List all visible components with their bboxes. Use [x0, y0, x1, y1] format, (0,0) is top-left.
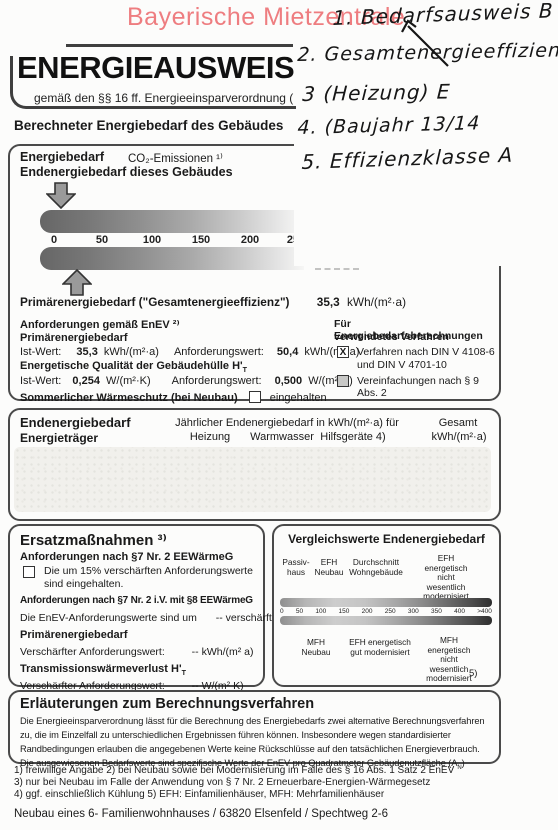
- column-gesamt: Gesamt: [439, 417, 478, 429]
- final-energy-demand-box: Endenergiebedarf Energieträger Jährliche…: [8, 408, 501, 521]
- co2-emissions-label: CO₂-Emissionen ¹⁾: [128, 151, 223, 165]
- primary-energy-line: Primärenergiebedarf ("Gesamtenergieeffiz…: [20, 295, 406, 309]
- energy-scale-bar-top: [40, 210, 300, 233]
- tick-label: 50: [96, 234, 108, 246]
- energietraeger-label: Energieträger: [20, 431, 98, 445]
- label-efh-gut-modernisiert: EFH energetisch gut modernisiert: [349, 638, 411, 657]
- primary-energy-values-row: Ist-Wert: 35,3 kWh/(m²·a) Anforderungswe…: [20, 346, 359, 358]
- din-method-line-2: und DIN V 4701-10: [357, 359, 447, 371]
- calculation-method-heading-2: verwendetes Verfahren: [334, 331, 449, 343]
- erlaeuterungen-close-paren: ): [462, 758, 465, 768]
- document-title: ENERGIEAUSWEIS: [17, 50, 294, 86]
- erlaeuterungen-title: Erläuterungen zum Berechnungsverfahren: [20, 696, 314, 712]
- substitute-measures-box: Ersatzmaßnahmen ³⁾ Anforderungen nach §7…: [8, 524, 265, 687]
- column-heizung: Heizung: [190, 431, 230, 443]
- annual-demand-header: Jährlicher Endenergiebedarf in kWh/(m²·a…: [142, 417, 432, 429]
- eewaermeg-heading-2: Anforderungen nach §7 Nr. 2 i.V. mit §8 …: [20, 595, 253, 606]
- anforderungswert-value: 50,4: [277, 346, 298, 358]
- eewaermeg-heading-1: Anforderungen nach §7 Nr. 2 EEWärmeG: [20, 551, 233, 563]
- tick-label: 250: [385, 608, 396, 615]
- anforderungswert-label: Anforderungswert:: [172, 375, 262, 387]
- checkbox-din-method-checked: X: [337, 346, 349, 358]
- energiebedarf-label: Energiebedarf: [20, 150, 104, 164]
- tick-label: 100: [315, 608, 326, 615]
- energy-scale-bar-bottom: [40, 247, 304, 270]
- vergleichswerte-title: Vergleichswerte Endenergiebedarf: [274, 532, 499, 546]
- explanations-box: Erläuterungen zum Berechnungsverfahren D…: [8, 690, 501, 764]
- tick-label: 50: [296, 608, 303, 615]
- endenergiebedarf-title: Endenergiebedarf: [20, 415, 131, 430]
- label-mfh-neubau: MFH Neubau: [301, 638, 330, 657]
- label-durchschnitt: Durchschnitt Wohngebäude: [349, 558, 403, 577]
- sharpened-requirement-value: -- kWh/(m² a): [192, 646, 254, 658]
- tick-label: 150: [339, 608, 350, 615]
- tick-label: 200: [241, 234, 259, 246]
- primary-energy-value: 35,3: [317, 295, 340, 309]
- tick-label: 200: [362, 608, 373, 615]
- sharpened-requirement-label: Verschärfter Anforderungswert:: [20, 646, 165, 658]
- enev-requirements-heading: Anforderungen gemäß EnEV ²⁾: [20, 318, 180, 331]
- ist-wert-value: 35,3: [76, 346, 97, 358]
- footnote-line-2: 3) nur bei Neubau im Falle der Anwendung…: [14, 777, 430, 788]
- erlaeuterungen-body: Die Energieeinsparverordnung lässt für d…: [20, 716, 484, 768]
- envelope-values-row: Ist-Wert: 0,254 W/(m²·K) Anforderungswer…: [20, 375, 353, 387]
- handwritten-note-4: 4. (Baujahr 13/14: [297, 112, 481, 139]
- footnote-ref-5: 5): [469, 668, 477, 679]
- comparison-scale-ticks: 0 50 100 150 200 250 300 350 400 >400: [280, 607, 492, 616]
- comparison-scale-bar-top: [280, 598, 492, 607]
- ist-wert-unit: W/(m²·K): [106, 375, 151, 387]
- primaerenergiebedarf-subheading: Primärenergiebedarf: [20, 332, 128, 344]
- primaerenergie-pointer-up-arrow: [62, 269, 92, 296]
- footnote-line-1: 1) freiwillige Angabe 2) bei Neubau sowi…: [14, 765, 454, 776]
- tick-label: >400: [477, 608, 492, 615]
- ist-wert-value: 0,254: [72, 375, 100, 387]
- energy-scale-ticks: 0 50 100 150 200 250: [40, 234, 298, 246]
- ersatzmassnahmen-title: Ersatzmaßnahmen ³⁾: [20, 531, 167, 549]
- 15-percent-requirement-text: Die um 15% verschärften Anforderungswert…: [44, 565, 256, 591]
- comparison-values-box: Vergleichswerte Endenergiebedarf Passiv-…: [272, 524, 501, 687]
- comparison-scale-bar-bottom: [280, 616, 492, 625]
- sharpened-requirement-row-1: Verschärfter Anforderungswert: -- kWh/(m…: [20, 646, 254, 658]
- enev-requirements-sharpened-row: Die EnEV-Anforderungswerte sind um -- ve…: [20, 612, 275, 624]
- section-heading: Berechneter Energiebedarf des Gebäudes: [14, 118, 283, 133]
- summer-heat-protection-label: Sommerlicher Wärmeschutz (bei Neubau): [20, 392, 238, 404]
- label-efh-nicht-modernisiert: EFH energetisch nicht wesentlich moderni…: [420, 554, 473, 602]
- column-hilfsgeraete: Hilfsgeräte 4): [320, 431, 385, 443]
- transmission-subscript: T: [182, 669, 186, 677]
- tick-label: 300: [408, 608, 419, 615]
- handwritten-note-3: 3 (Heizung) E: [302, 79, 451, 106]
- summer-heat-protection-row: Sommerlicher Wärmeschutz (bei Neubau) ei…: [20, 391, 327, 404]
- sharpened-value: -- verschärft.: [216, 612, 275, 624]
- empty-table-area: [14, 447, 491, 512]
- tick-label: 350: [431, 608, 442, 615]
- transmission-heat-loss-heading: Transmissionswärmeverlust H'T: [20, 663, 186, 677]
- scan-artifact-dashes: [315, 268, 359, 270]
- transmission-label: Transmissionswärmeverlust H': [20, 663, 182, 675]
- handwritten-note-2: 2. Gesamtenergieeffizienz 35,3 kWh: [297, 37, 558, 66]
- label-mfh-nicht-modernisiert: MFH energetisch nicht wesentlich moderni…: [424, 636, 474, 684]
- column-gesamt-unit: kWh/(m²·a): [432, 431, 487, 443]
- document-subtitle: gemäß den §§ 16 ff. Energieeinsparverord…: [34, 91, 294, 105]
- tick-label: 0: [280, 608, 284, 615]
- sharpened-text: Die EnEV-Anforderungswerte sind um: [20, 612, 197, 624]
- footnote-line-3: 4) ggf. einschließlich Kühlung 5) EFH: E…: [14, 789, 384, 800]
- checkbox-15-percent-unchecked: [23, 566, 35, 578]
- primary-energy-label: Primärenergiebedarf ("Gesamtenergieeffiz…: [20, 295, 290, 309]
- tick-label: 0: [51, 234, 57, 246]
- label-passivhaus: Passiv- haus: [282, 558, 309, 577]
- primaerenergiebedarf-heading: Primärenergiebedarf: [20, 629, 128, 641]
- envelope-quality-heading: Energetische Qualität der Gebäudehülle H…: [20, 360, 247, 374]
- din-method-line-1: Verfahren nach DIN V 4108-6: [357, 346, 495, 358]
- label-efh-neubau: EFH Neubau: [314, 558, 343, 577]
- scanned-energy-certificate-page: Bayerische Mietzentrale 1. Bedarfsauswei…: [0, 0, 558, 830]
- title-top-rule: [66, 44, 293, 47]
- tick-label: 150: [192, 234, 210, 246]
- anforderungswert-value: 0,500: [275, 375, 303, 387]
- ist-wert-unit: kWh/(m²·a): [104, 346, 159, 358]
- tick-label: 400: [454, 608, 465, 615]
- ist-wert-label: Ist-Wert:: [20, 346, 61, 358]
- tick-label: 100: [143, 234, 161, 246]
- anforderungswert-label: Anforderungswert:: [174, 346, 264, 358]
- envelope-quality-subscript: T: [243, 366, 247, 374]
- checkbox-simplifications-unchecked: [337, 375, 349, 387]
- building-address: Neubau eines 6- Familienwohnhauses / 638…: [14, 808, 388, 820]
- ist-wert-label: Ist-Wert:: [20, 375, 61, 387]
- document-subtitle-clip: gemäß den §§ 16 ff. Energieeinsparverord…: [34, 89, 294, 106]
- eingehalten-label: eingehalten: [270, 392, 327, 404]
- checkbox-summer-heat-unchecked: [249, 391, 261, 403]
- endenergiebedarf-sublabel: Endenergiebedarf dieses Gebäudes: [20, 165, 233, 179]
- simplifications-label: Vereinfachungen nach § 9 Abs. 2: [357, 375, 499, 399]
- checkbox-x-mark: X: [340, 347, 347, 358]
- endenergie-pointer-down-arrow: [46, 182, 76, 209]
- column-warmwasser: Warmwasser: [250, 431, 314, 443]
- primary-energy-unit: kWh/(m²·a): [347, 295, 406, 309]
- envelope-quality-label: Energetische Qualität der Gebäudehülle H…: [20, 360, 243, 372]
- anforderungswert-unit: kWh/(m²·a): [304, 346, 359, 358]
